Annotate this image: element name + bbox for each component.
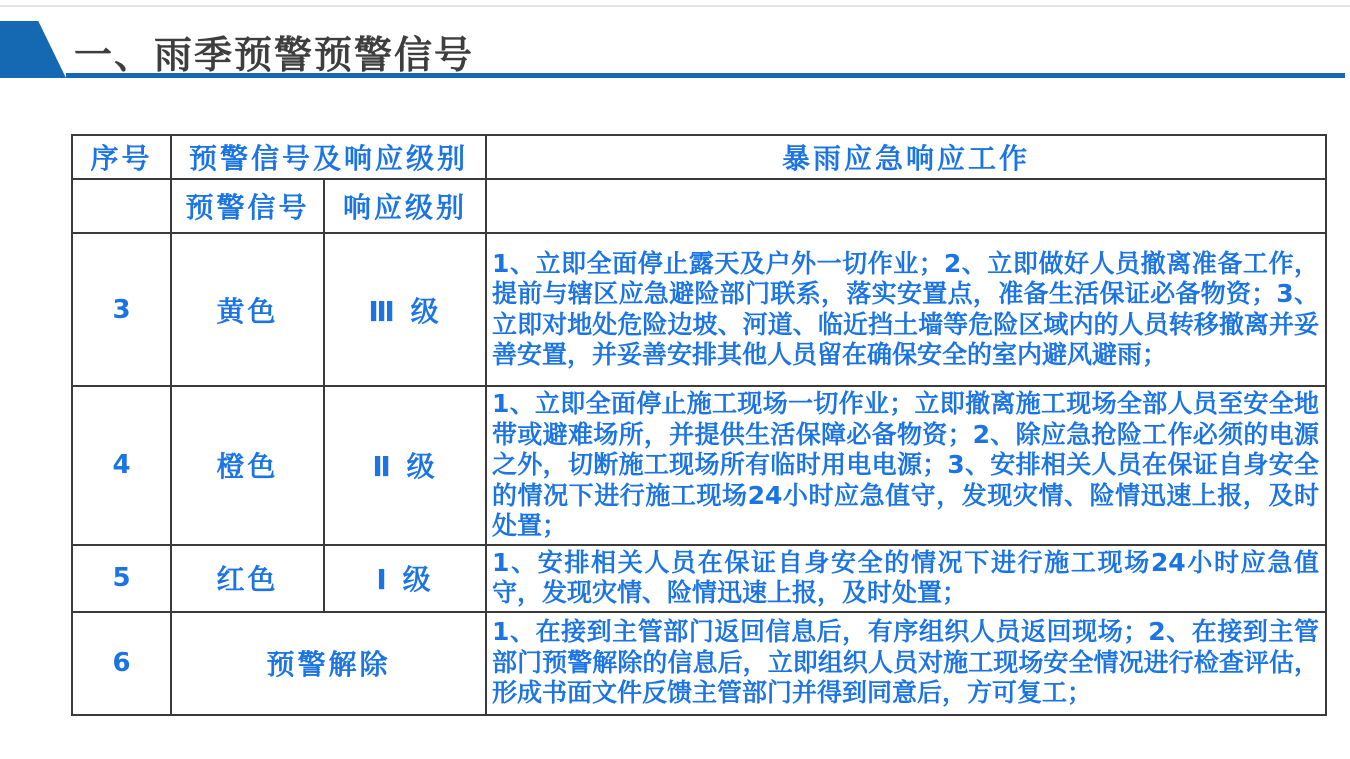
page-title: 一、雨季预警预警信号	[74, 24, 474, 79]
title-accent-shape	[0, 21, 66, 78]
cell-work: 1、立即全面停止施工现场一切作业；立即撤离施工现场全部人员至安全地带或避难场所，…	[486, 386, 1326, 545]
table-row-orange: 4 橙色 Ⅱ 级 1、立即全面停止施工现场一切作业；立即撤离施工现场全部人员至安…	[72, 386, 1326, 545]
cell-level: Ⅰ 级	[324, 545, 486, 612]
header-cell-sub-signal: 预警信号	[171, 179, 324, 233]
slide: 一、雨季预警预警信号 序号 预警信号及响应级别 暴雨应急响应工作 预警信号 响应…	[0, 0, 1350, 759]
table-row-red: 5 红色 Ⅰ 级 1、安排相关人员在保证自身安全的情况下进行施工现场24小时应急…	[72, 545, 1326, 612]
table-row-lifted: 6 预警解除 1、在接到主管部门返回信息后，有序组织人员返回现场；2、在接到主管…	[72, 612, 1326, 715]
cell-work: 1、安排相关人员在保证自身安全的情况下进行施工现场24小时应急值守，发现灾情、险…	[486, 545, 1326, 612]
header-cell-signal-level: 预警信号及响应级别	[171, 135, 486, 179]
cell-work: 1、立即全面停止露天及户外一切作业；2、立即做好人员撤离准备工作，提前与辖区应急…	[486, 233, 1326, 386]
cell-level: Ⅱ 级	[324, 386, 486, 545]
cell-no: 3	[72, 233, 171, 386]
cell-signal: 橙色	[171, 386, 324, 545]
cell-level: Ⅲ 级	[324, 233, 486, 386]
header-cell-work: 暴雨应急响应工作	[486, 135, 1326, 179]
cell-work: 1、在接到主管部门返回信息后，有序组织人员返回现场；2、在接到主管部门预警解除的…	[486, 612, 1326, 715]
top-divider-line	[0, 5, 1350, 7]
cell-no: 4	[72, 386, 171, 545]
warning-table: 序号 预警信号及响应级别 暴雨应急响应工作 预警信号 响应级别 3 黄色 Ⅲ 级…	[71, 134, 1327, 716]
header-cell-empty-no	[72, 179, 171, 233]
header-cell-sub-level: 响应级别	[324, 179, 486, 233]
cell-signal-merged: 预警解除	[171, 612, 486, 715]
header-cell-no: 序号	[72, 135, 171, 179]
cell-signal: 红色	[171, 545, 324, 612]
cell-no: 6	[72, 612, 171, 715]
table-header-row-2: 预警信号 响应级别	[72, 179, 1326, 233]
table-row-yellow: 3 黄色 Ⅲ 级 1、立即全面停止露天及户外一切作业；2、立即做好人员撤离准备工…	[72, 233, 1326, 386]
cell-signal: 黄色	[171, 233, 324, 386]
table-header-row-1: 序号 预警信号及响应级别 暴雨应急响应工作	[72, 135, 1326, 179]
cell-no: 5	[72, 545, 171, 612]
header-cell-empty-work	[486, 179, 1326, 233]
title-underline	[66, 73, 1345, 78]
